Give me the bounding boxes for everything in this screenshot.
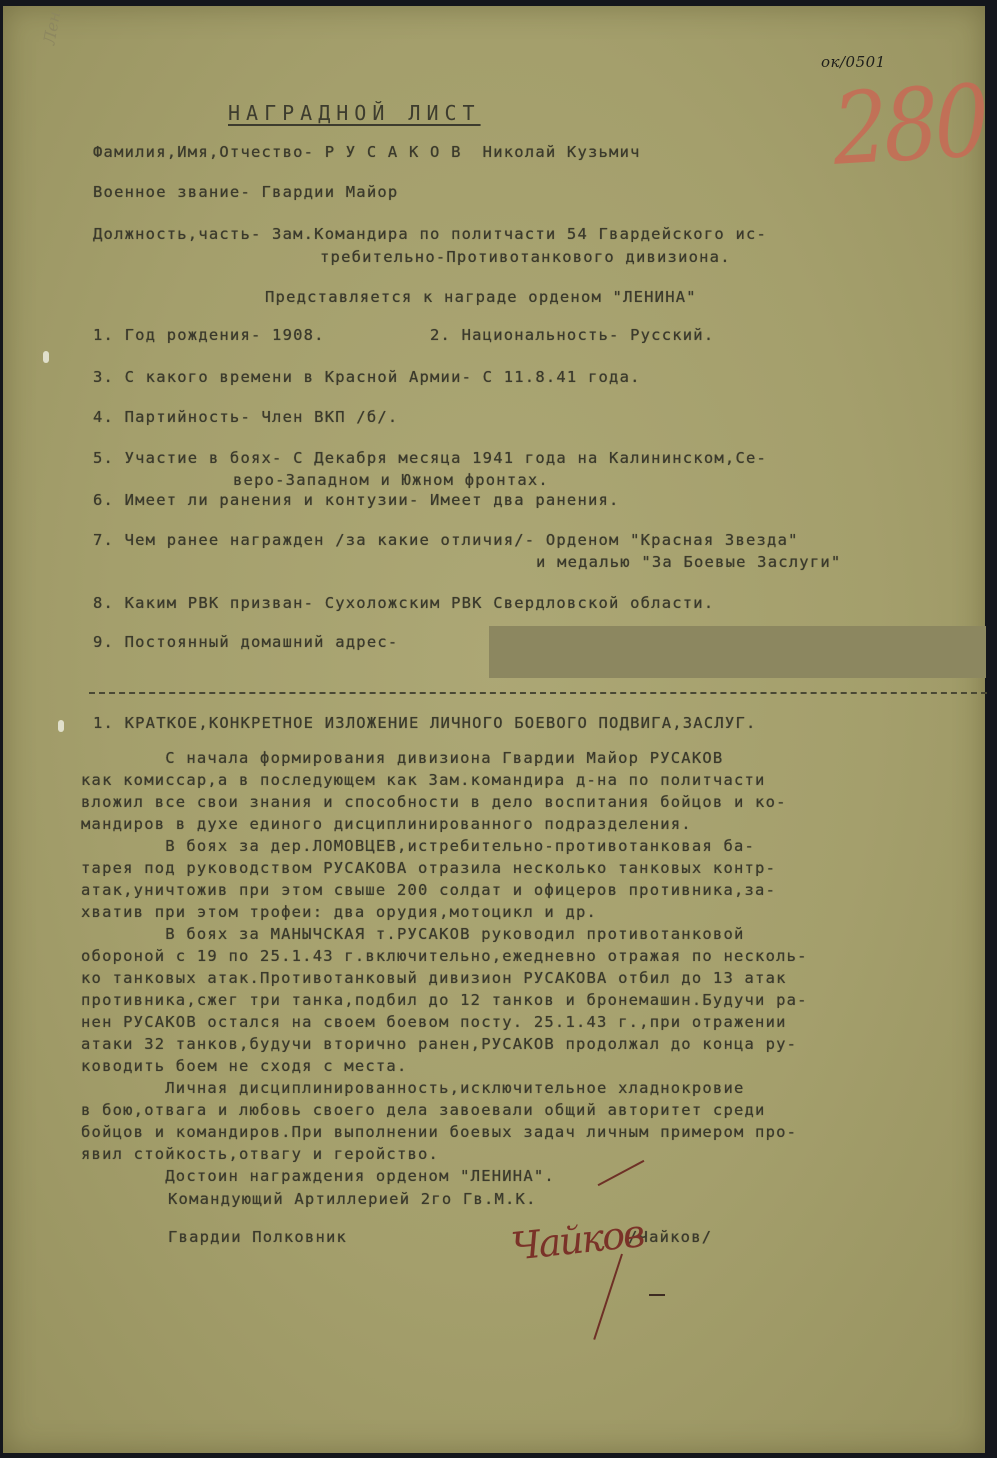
signature-tail-stroke: [593, 1254, 623, 1340]
item-5-combat-line2: веро-Западном и Южном фронтах.: [233, 471, 549, 489]
narrative-line: мандиров в духе единого дисциплинированн…: [81, 815, 692, 833]
binder-hole: [43, 351, 49, 363]
narrative-line: атаки 32 танков,будучи вторично ранен,РУ…: [81, 1035, 797, 1053]
narrative-line: нен РУСАКОВ остался на своем боевом пост…: [81, 1013, 787, 1031]
narrative-line: тарея под руководством РУСАКОВА отразила…: [81, 859, 776, 877]
narrative-line: обороной с 19 по 25.1.43 г.включительно,…: [81, 947, 808, 965]
item-8-conscription: 8. Каким РВК призван- Сухоложским РВК Св…: [93, 594, 714, 612]
handwritten-signature: Чайков: [509, 1211, 645, 1269]
item-5-combat-line1: 5. Участие в боях- С Декабря месяца 1941…: [93, 449, 767, 467]
binder-hole: [58, 720, 64, 732]
award-nomination: Представляется к награде орденом "ЛЕНИНА…: [265, 288, 697, 306]
narrative-line: бойцов и командиров.При выполнении боевы…: [81, 1123, 797, 1141]
signatory-title: Командующий Артиллерией 2го Гв.М.К.: [168, 1190, 537, 1208]
archive-number: ок/0501: [821, 53, 886, 71]
redacted-address-block: [489, 626, 986, 678]
narrative-line: противника,сжег три танка,подбил до 12 т…: [81, 991, 808, 1009]
item-4-party: 4. Партийность- Член ВКП /б/.: [93, 408, 398, 426]
document-title: НАГРАДНОЙ ЛИСТ: [228, 101, 481, 125]
narrative-line: Личная дисциплинированность,исключительн…: [81, 1079, 745, 1097]
narrative-line: В боях за МАНЫЧСКАЯ т.РУСАКОВ руководил …: [81, 925, 745, 943]
narrative-line: ко танковых атак.Противотанковый дивизио…: [81, 969, 787, 987]
signature-dash-mark: [649, 1294, 665, 1296]
narrative-line: в бою,отвага и любовь своего дела завоев…: [81, 1101, 766, 1119]
item-9-home-address: 9. Постоянный домашний адрес-: [93, 633, 398, 651]
item-3-army-since: 3. С какого времени в Красной Армии- С 1…: [93, 368, 641, 386]
narrative-line: В боях за дер.ЛОМОВЦЕВ,истребительно-про…: [81, 837, 755, 855]
narrative-line: ководить боем не сходя с места.: [81, 1057, 408, 1075]
narrative-line: атак,уничтожив при этом свыше 200 солдат…: [81, 881, 776, 899]
item-6-wounds: 6. Имеет ли ранения и контузии- Имеет дв…: [93, 491, 620, 509]
full-name-field: Фамилия,Имя,Отчество- Р У С А К О В Нико…: [93, 143, 641, 161]
narrative-line: С начала формирования дивизиона Гвардии …: [81, 749, 723, 767]
narrative-line: Достоин награждения орденом "ЛЕНИНА".: [81, 1167, 555, 1185]
section-heading: 1. КРАТКОЕ,КОНКРЕТНОЕ ИЗЛОЖЕНИЕ ЛИЧНОГО …: [93, 714, 757, 732]
signatory-rank: Гвардии Полковник: [168, 1228, 347, 1246]
narrative-line: хватив при этом трофеи: два орудия,мотоц…: [81, 903, 597, 921]
item-1-2-birth-nationality: 1. Год рождения- 1908. 2. Национальность…: [93, 326, 714, 344]
section-divider: [89, 692, 987, 694]
narrative-line: вложил все свои знания и способности в д…: [81, 793, 787, 811]
position-field-line1: Должность,часть- Зам.Командира по политч…: [93, 225, 767, 243]
item-7-previous-awards-line2: и медалью "За Боевые Заслуги": [536, 553, 841, 571]
margin-pencil-note: Лен.: [40, 5, 65, 46]
red-pencil-number: 280: [830, 64, 987, 188]
item-7-previous-awards-line1: 7. Чем ранее награжден /за какие отличия…: [93, 531, 799, 549]
narrative-line: как комиссар,а в последующем как Зам.ком…: [81, 771, 766, 789]
award-sheet-paper: Лен. ок/0501 280 НАГРАДНОЙ ЛИСТ Фамилия,…: [3, 6, 985, 1453]
position-field-line2: требительно-Противотанкового дивизиона.: [320, 248, 731, 266]
rank-field: Военное звание- Гвардии Майор: [93, 183, 398, 201]
narrative-line: явил стойкость,отвагу и геройство.: [81, 1145, 439, 1163]
red-pencil-strike: [598, 1160, 645, 1186]
